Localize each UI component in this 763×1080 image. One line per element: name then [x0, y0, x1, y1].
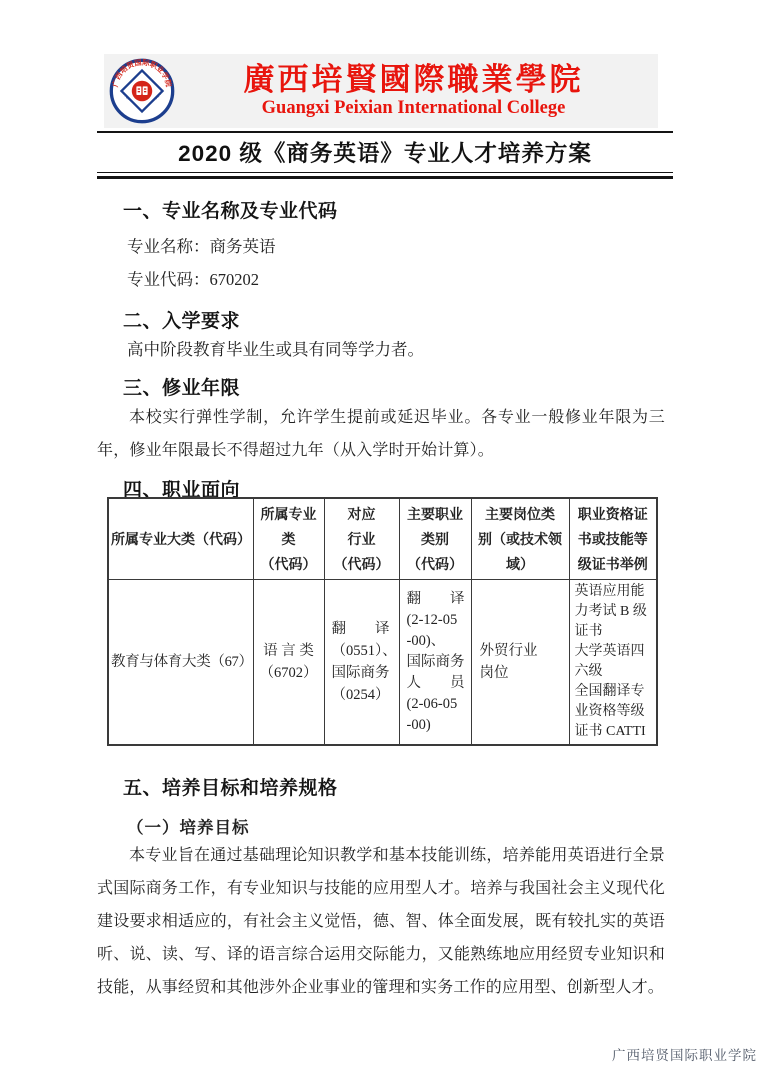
document-title-bar: 2020 级《商务英语》专业人才培养方案 [97, 131, 673, 179]
study-period-text: 本校实行弹性学制，允许学生提前或延迟毕业。各专业一般修业年限为三年，修业年限最长… [97, 401, 665, 467]
major-name-line: 专业名称：商务英语 [97, 233, 665, 257]
cell-industry: 翻 译 （0551）、 国际商务 （0254） [324, 580, 399, 746]
college-logo-icon: 广西培贤国际职业学院 GUANGXI PEIXIAN INTERNATIONAL… [109, 58, 175, 124]
title-rule-thin [97, 172, 673, 173]
header-major-category: 所属专业大类（代码） [108, 498, 253, 580]
header-industry: 对应 行业 （代码） [324, 498, 399, 580]
training-objective-subheading: （一）培养目标 [97, 814, 663, 838]
header-post-category: 主要岗位类 别（或技术领 域） [471, 498, 569, 580]
table-header-row: 所属专业大类（代码） 所属专业 类 （代码） 对应 行业 （代码） 主要职业 类… [108, 498, 657, 580]
section2-heading: 二、入学要求 [97, 306, 663, 333]
cell-occupation: 翻 译 (2-12-05 -00)、 国际商务 人 员 (2-06-05 -00… [399, 580, 471, 746]
header-occupation: 主要职业 类别 （代码） [399, 498, 471, 580]
header-major-class: 所属专业 类 （代码） [253, 498, 324, 580]
cell-post-category: 外贸行业 岗位 [471, 580, 569, 746]
college-name-en: Guangxi Peixian International College [175, 99, 652, 118]
cell-major-category: 教育与体育大类（67） [108, 580, 253, 746]
footer-college-name: 广西培贤国际职业学院 [612, 1044, 757, 1064]
cell-major-class: 语 言 类 （6702） [253, 580, 324, 746]
section1-heading: 一、专业名称及专业代码 [97, 196, 663, 223]
admission-requirement-text: 高中阶段教育毕业生或具有同等学力者。 [97, 336, 665, 360]
section5-heading: 五、培养目标和培养规格 [97, 773, 663, 800]
cell-certificates: 英语应用能 力考试 B 级 证书 大学英语四 六级 全国翻译专 业资格等级 证书… [569, 580, 657, 746]
page-number: 1 [0, 982, 763, 998]
training-objective-text: 本专业旨在通过基础理论知识教学和基本技能训练，培养能用英语进行全景式国际商务工作… [97, 839, 665, 1004]
table-row: 教育与体育大类（67） 语 言 类 （6702） 翻 译 （0551）、 国际商… [108, 580, 657, 746]
header-certificates: 职业资格证 书或技能等 级证书举例 [569, 498, 657, 580]
career-orientation-table: 所属专业大类（代码） 所属专业 类 （代码） 对应 行业 （代码） 主要职业 类… [107, 497, 658, 746]
college-header: 广西培贤国际职业学院 GUANGXI PEIXIAN INTERNATIONAL… [104, 54, 658, 128]
title-rule-thick [97, 176, 673, 179]
college-name-zh: 廣西培賢國際職業學院 [175, 64, 652, 97]
document-title: 2020 级《商务英语》专业人才培养方案 [97, 133, 673, 172]
college-name-block: 廣西培賢國際職業學院 Guangxi Peixian International… [175, 64, 658, 118]
section3-heading: 三、修业年限 [97, 373, 663, 400]
major-code-line: 专业代码：670202 [97, 266, 665, 290]
logo-red-circle [132, 81, 152, 101]
